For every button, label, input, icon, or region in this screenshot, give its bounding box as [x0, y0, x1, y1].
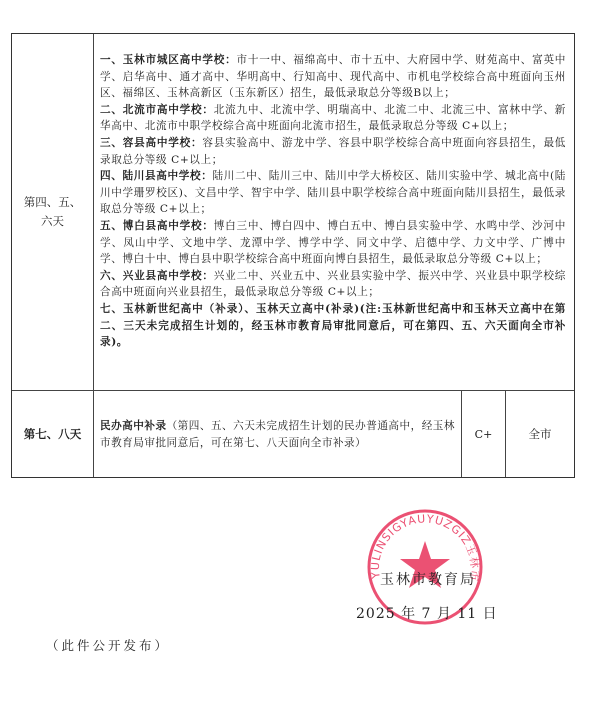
issue-date: 2025 年 7 月 11 日: [356, 603, 498, 623]
day-label: 第七、八天: [24, 425, 82, 444]
issuer-name: 玉林市教育局: [380, 569, 476, 589]
table-row-day-7-8: 第七、八天 民办高中补录（第四、五、六天未完成招生计划的民办普通高中，经玉林市教…: [12, 391, 574, 477]
description-cell: 民办高中补录（第四、五、六天未完成招生计划的民办普通高中，经玉林市教育局审批同意…: [94, 391, 462, 477]
enrollment-schedule-table: 第四、五、六天 一、玉林市城区高中学校：市十一中、福绵高中、市十五中、大府园中学…: [11, 33, 575, 478]
list-item: 四、陆川县高中学校：陆川二中、陆川三中、陆川中学大桥校区、陆川实验中学、城北高中…: [100, 168, 566, 218]
row-heading: 民办高中补录: [100, 420, 167, 432]
region-cell: 全市: [506, 391, 574, 477]
day-cell: 第七、八天: [12, 391, 94, 477]
list-item: 一、玉林市城区高中学校：市十一中、福绵高中、市十五中、大府园中学、财苑高中、富英…: [100, 52, 566, 102]
grade-cell: C+: [462, 391, 506, 477]
footer-note: （此件公开发布）: [46, 636, 170, 654]
list-item: 七、玉林新世纪高中（补录）、玉林天立高中(补录)(注:玉林新世纪高中和玉林天立高…: [100, 301, 566, 351]
schools-list: 一、玉林市城区高中学校：市十一中、福绵高中、市十五中、大府园中学、财苑高中、富英…: [100, 52, 566, 351]
day-label: 第四、五、六天: [23, 193, 83, 231]
list-item: 三、容县高中学校：容县实验高中、游龙中学、容县中职学校综合高中班面向容县招生，最…: [100, 135, 566, 168]
list-item: 二、北流市高中学校：北流九中、北流中学、明瑞高中、北流二中、北流三中、富林中学、…: [100, 102, 566, 135]
day-cell: 第四、五、六天: [12, 34, 94, 390]
table-row-day-4-6: 第四、五、六天 一、玉林市城区高中学校：市十一中、福绵高中、市十五中、大府园中学…: [12, 34, 574, 391]
list-item: 六、兴业县高中学校：兴业二中、兴业五中、兴业县实验中学、振兴中学、兴业县中职学校…: [100, 268, 566, 301]
list-item: 五、博白县高中学校：博白三中、博白四中、博白五中、博白县实验中学、水鸣中学、沙河…: [100, 218, 566, 268]
